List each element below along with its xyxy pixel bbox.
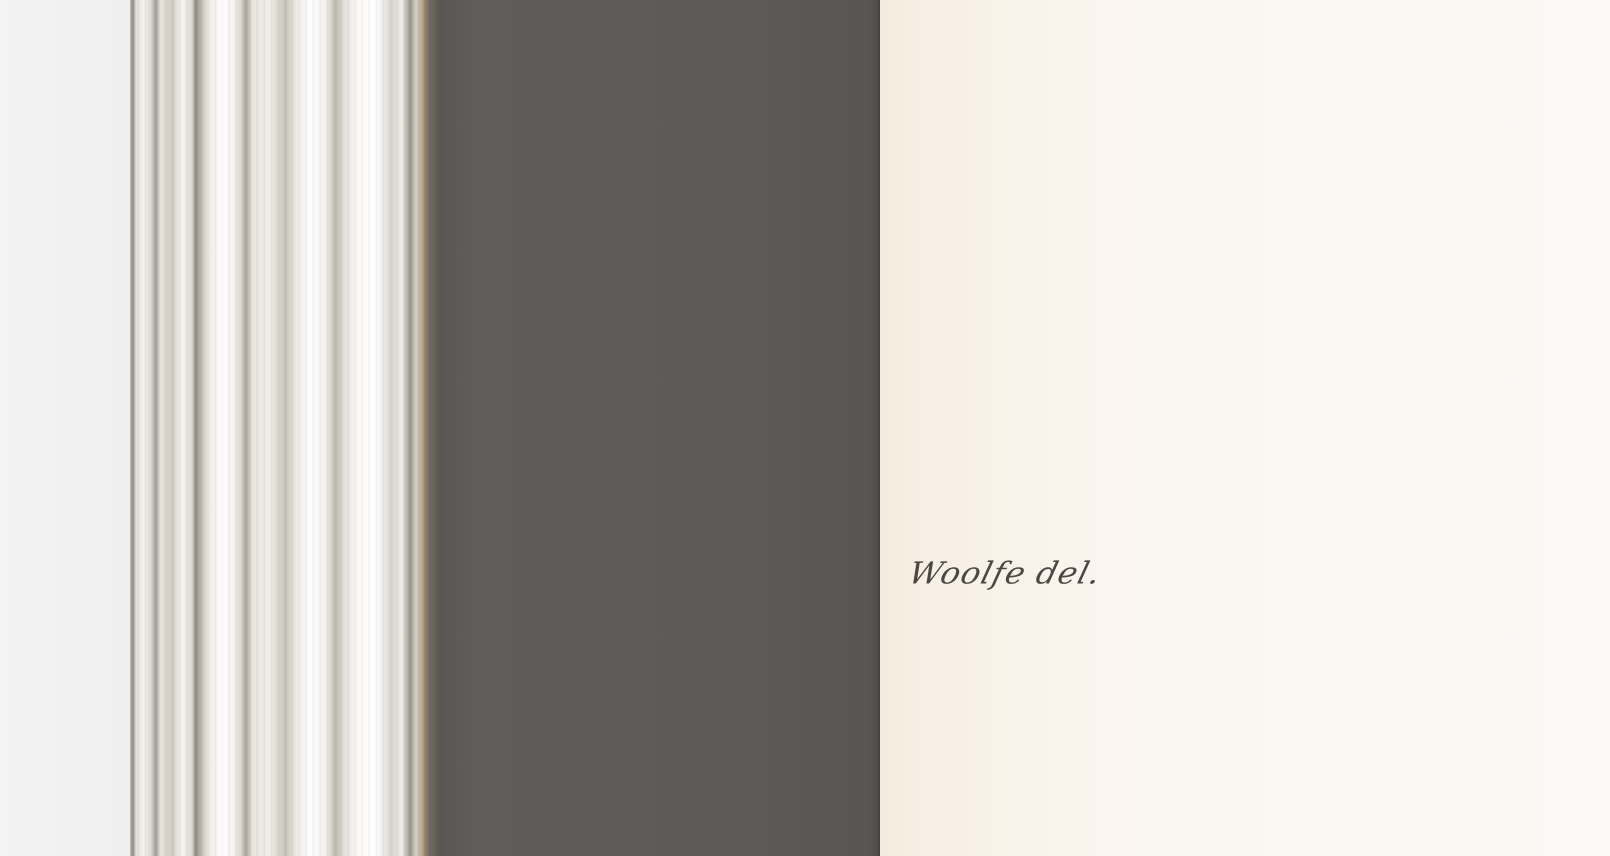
mat-bevel-edge xyxy=(430,0,440,856)
silver-frame-moulding xyxy=(130,0,430,856)
dark-grey-mat xyxy=(430,0,880,856)
framed-print-photo: Woolfe del. xyxy=(0,0,1610,856)
wall-background xyxy=(0,0,130,856)
print-paper xyxy=(880,0,1610,856)
artist-signature: Woolfe del. xyxy=(905,555,1105,591)
